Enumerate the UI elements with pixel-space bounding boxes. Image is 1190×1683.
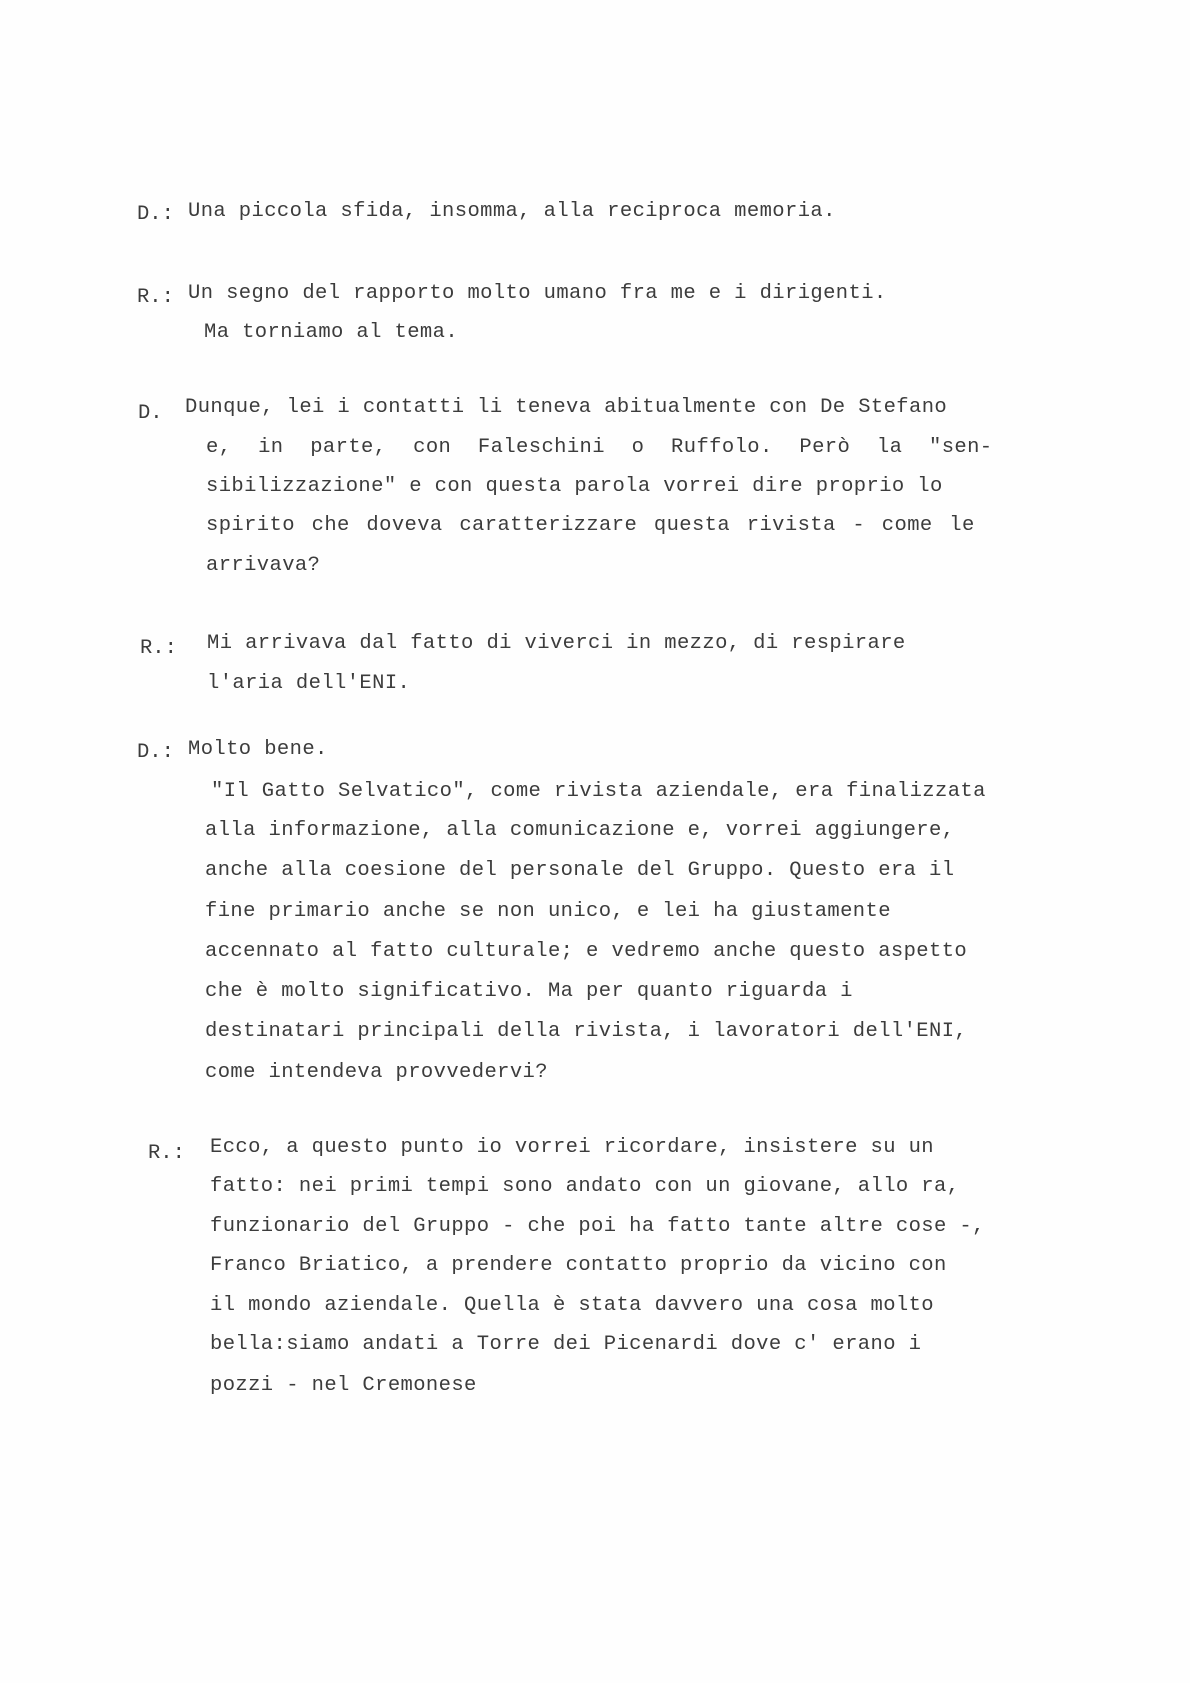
speaker-label-d: D.: [137,203,174,227]
speaker-label-d: D.: [137,741,174,765]
answer-text: Mi arrivava dal fatto di viverci in mezz… [207,632,906,656]
question-text: arrivava? [206,554,320,578]
answer-text: Ma torniamo al tema. [204,321,458,345]
question-text: Dunque, lei i contatti li teneva abitual… [185,396,985,420]
question-text: che è molto significativo. Ma per quanto… [205,980,853,1004]
speaker-label-r: R.: [137,286,174,310]
question-text: anche alla coesione del personale del Gr… [205,859,954,883]
question-text: "Il Gatto Selvatico", come rivista azien… [211,780,986,804]
document-page: D.: Una piccola sfida, insomma, alla rec… [0,0,1190,1683]
question-text: accennato al fatto culturale; e vedremo … [205,940,967,964]
question-text: spirito che doveva caratterizzare questa… [206,514,986,538]
speaker-label-r: R.: [140,637,177,661]
speaker-label-r: R.: [148,1142,185,1166]
question-text: Una piccola sfida, insomma, alla recipro… [188,200,836,224]
question-text: fine primario anche se non unico, e lei … [205,900,891,924]
answer-text: l'aria dell'ENI. [207,672,410,696]
answer-text: Ecco, a questo punto io vorrei ricordare… [210,1136,934,1160]
question-text: come intendeva provvedervi? [205,1061,548,1085]
speaker-label-d: D. [138,402,163,426]
answer-text: fatto: nei primi tempi sono andato con u… [210,1175,959,1199]
answer-text: bella:siamo andati a Torre dei Picenardi… [210,1333,921,1357]
answer-text: funzionario del Gruppo - che poi ha fatt… [210,1215,985,1239]
question-text: sibilizzazione" e con questa parola vorr… [206,475,986,499]
question-text: Molto bene. [188,738,328,762]
answer-text: Franco Briatico, a prendere contatto pro… [210,1254,947,1278]
question-text: alla informazione, alla comunicazione e,… [205,819,954,843]
answer-text: Un segno del rapporto molto umano fra me… [188,282,887,306]
answer-text: pozzi - nel Cremonese [210,1374,477,1398]
answer-text: il mondo aziendale. Quella è stata davve… [210,1294,934,1318]
question-text: destinatari principali della rivista, i … [205,1020,967,1044]
question-text: e, in parte, con Faleschini o Ruffolo. P… [206,436,986,460]
